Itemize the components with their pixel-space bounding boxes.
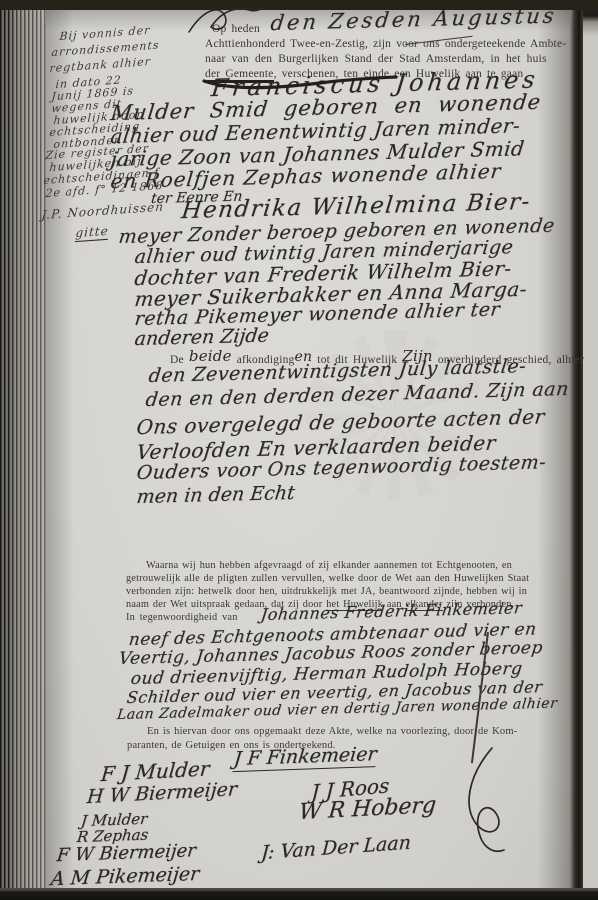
signature-paraph-icon <box>448 742 512 858</box>
vows-paragraph-3: verbonden zijn: hetwelk door hen, uitdru… <box>126 586 527 597</box>
banns-date-6: men in den Echt <box>135 482 295 508</box>
marriage-record-photo: Bij vonnis derarrondissementsregtbank al… <box>0 0 598 900</box>
margin-note-annotation: gitte <box>75 224 109 242</box>
signature-bride-mother: A M Pikemeijer <box>50 863 201 890</box>
margin-paraph-icon <box>183 2 269 38</box>
printed-opening-3: naar van den Burgerlijken Stand der Stad… <box>205 53 547 65</box>
handwritten-date: den Zesden Augustus <box>269 4 558 36</box>
gemeente-strike-swash-icon <box>200 74 400 92</box>
signature-witness-vanderlaan: J: Van Der Laan <box>260 832 411 865</box>
closing-paragraph-1: En is hiervan door ons opgemaakt deze Ak… <box>147 726 517 737</box>
signature-bride-father: F W Biermeijer <box>56 840 197 866</box>
margin-note-signature: J.P. Noordhuissen <box>41 199 164 222</box>
signature-registrar: J F Finkemeier <box>232 743 377 772</box>
witnesses-intro: In tegenwoordigheid van <box>126 612 238 623</box>
vows-paragraph-1: Waarna wij hun hebben afgevraagd of zij … <box>146 560 512 571</box>
printed-opening-2: Achttienhonderd Twee-en-Zestig, zijn voo… <box>205 38 566 50</box>
vows-paragraph-2: getrouwelijk alle de pligten zullen verv… <box>126 573 529 584</box>
